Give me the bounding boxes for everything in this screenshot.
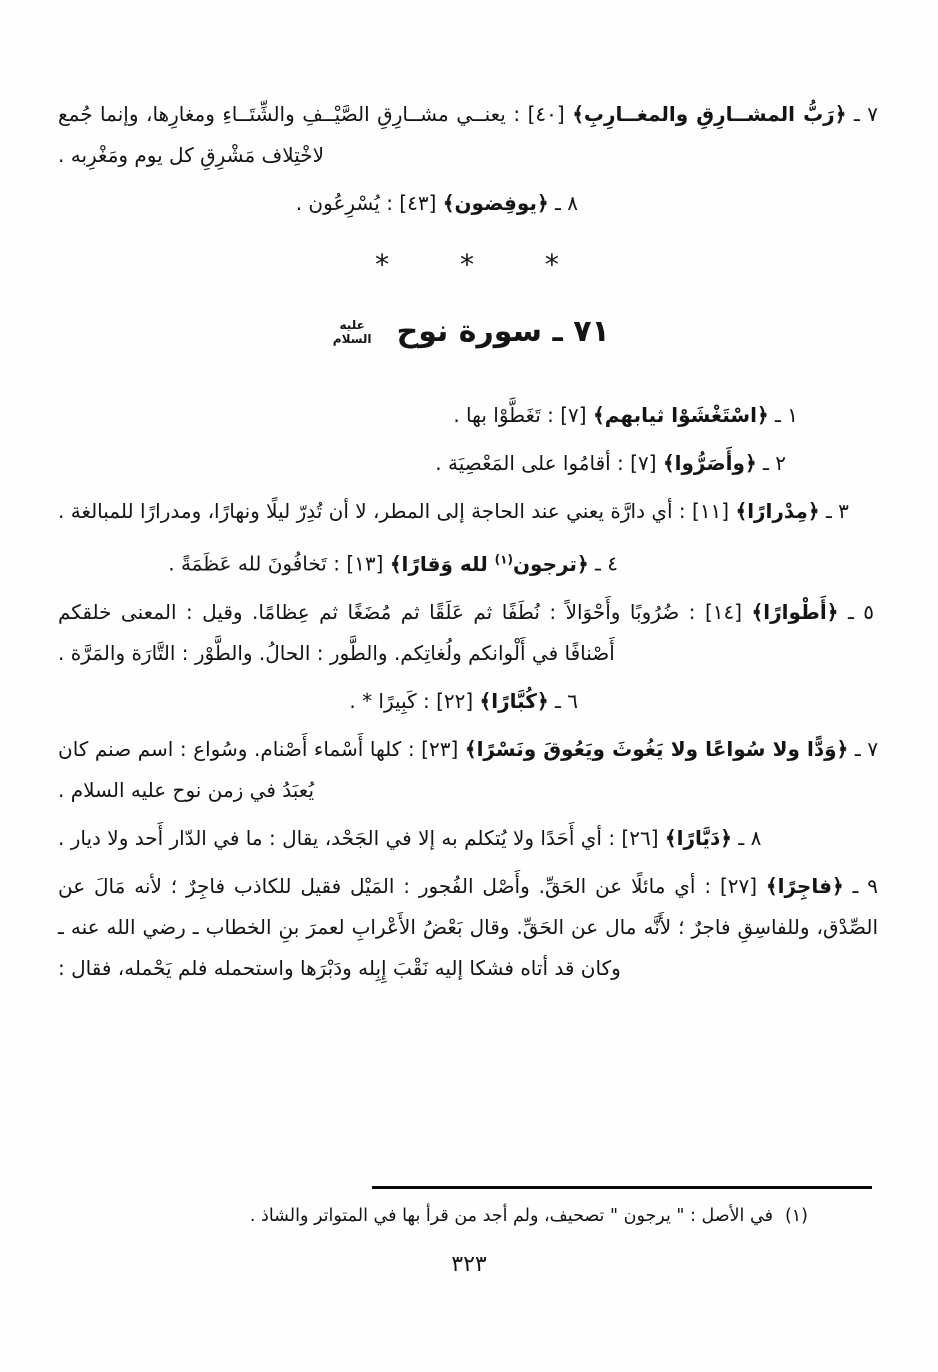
entry-dash: ـ [555, 689, 561, 713]
verse-number: [٢٧] [720, 874, 757, 898]
entry-gloss: : تَخافُونَ لله عَظَمَةً . [168, 552, 340, 576]
page-number-value: ٣٢٣ [451, 1252, 486, 1277]
glossary-entry: ٥ ـ ﴿أَطْوارًا﴾ [١٤] : ضُرُوبًا وأَحْوَا… [58, 592, 878, 674]
entry-dash: ـ [595, 552, 601, 576]
verse-number: [٧] [630, 451, 656, 475]
entry-dash: ـ [848, 600, 854, 624]
entry-number: ٨ [567, 191, 578, 215]
entry-number: ٨ [751, 826, 762, 850]
entry-gloss: : ضُرُوبًا وأَحْوَالاً : نُطَفًا ثم عَلَ… [58, 600, 695, 665]
entry-dash: ـ [775, 403, 781, 427]
footnote-area: (١)في الأصل : " يرجون " تصحيف، ولم أجد م… [60, 1186, 880, 1231]
entry-gloss: : أي أَحَدًا ولا يُتكلم به إلا في الجَحْ… [58, 826, 615, 850]
alayhis-salam-calligraphy: عليه السلام [326, 319, 378, 346]
surah-title: سورة نوح [397, 314, 542, 349]
quran-lemma: ﴿وَدًّا ولا سُواعًا ولا يَغُوثَ ويَعُوقَ… [465, 737, 848, 761]
glossary-entry: ١ ـ ﴿اسْتَغْشَوْا ثيابهم﴾ [٧] : تَغَطَّو… [58, 395, 878, 436]
verse-number: [١١] [692, 499, 729, 523]
glossary-entry: ٨ ـ ﴿يوفِضون﴾ [٤٣] : يُسْرِعُون . [58, 183, 878, 224]
footnote-reference-marker: (١) [495, 552, 513, 566]
page-number: ٣٢٣ [0, 1252, 938, 1277]
entry-number: ٧ [867, 737, 878, 761]
glossary-entry: ٢ ـ ﴿وأَصَرُّوا﴾ [٧] : أقامُوا على المَع… [58, 443, 878, 484]
entry-dash: ـ [763, 451, 769, 475]
entry-dash: ـ [826, 499, 832, 523]
quran-lemma: ﴿دَيَّارًا﴾ [665, 826, 732, 850]
entry-dash: ـ [855, 737, 861, 761]
lemma-text: لله وَقارًا﴾ [390, 552, 488, 576]
verse-number: [٤٣] [399, 191, 436, 215]
entry-gloss: : أي دارَّة يعني عند الحاجة إلى المطر، ل… [58, 499, 686, 523]
entry-number: ٢ [775, 451, 786, 475]
heading-dash: ـ [553, 314, 563, 349]
quran-lemma: ﴿مِدْرارًا﴾ [735, 499, 819, 523]
verse-number: [٢٦] [621, 826, 658, 850]
entry-dash: ـ [555, 191, 561, 215]
quran-lemma: ﴿وأَصَرُّوا﴾ [663, 451, 757, 475]
quran-lemma: ﴿فاجِرًا﴾ [766, 874, 844, 898]
entry-gloss: : كلها أَسْماء أَصْنام. وسُواع : اسم صنم… [58, 737, 415, 802]
surah-heading: ٧١ ـ سورة نوح عليه السلام [58, 312, 878, 351]
glossary-entry: ٤ ـ ﴿ترجون(١) لله وَقارًا﴾ [١٣] : تَخافُ… [58, 539, 878, 585]
verse-number: [٧] [560, 403, 586, 427]
entry-gloss: : تَغَطَّوْا بها . [453, 403, 554, 427]
entry-gloss: : يعنــي مشــارِقِ الصَّيْــفِ والشِّتَـ… [58, 102, 520, 167]
previous-surah-tail-section: ٧ ـ ﴿رَبُّ المشــارِقِ والمغــارِبِ﴾ [٤٠… [58, 94, 878, 280]
glossary-entry: ٧ ـ ﴿وَدًّا ولا سُواعًا ولا يَغُوثَ ويَع… [58, 729, 878, 811]
entry-number: ١ [787, 403, 798, 427]
verse-number: [٤٠] [528, 102, 565, 126]
footnote-rule [372, 1186, 872, 1189]
entry-number: ٤ [607, 552, 618, 576]
lemma-text: ﴿ترجون [513, 552, 589, 576]
verse-number: [١٤] [705, 600, 742, 624]
entry-dash: ـ [854, 102, 860, 126]
entry-dash: ـ [738, 826, 744, 850]
entry-number: ٥ [863, 600, 874, 624]
glossary-entry: ٦ ـ ﴿كُبَّارًا﴾ [٢٢] : كَبِيرًا * . [58, 681, 878, 722]
glossary-entry: ٨ ـ ﴿دَيَّارًا﴾ [٢٦] : أي أَحَدًا ولا يُ… [58, 818, 878, 859]
footnote-marker: (١) [785, 1206, 808, 1226]
entry-number: ٩ [867, 874, 878, 898]
quran-lemma: ﴿ترجون(١) لله وَقارًا﴾ [390, 552, 589, 576]
quran-lemma: ﴿رَبُّ المشــارِقِ والمغــارِبِ﴾ [572, 102, 846, 126]
section-separator: * * * [58, 240, 878, 280]
glossary-entry: ٩ ـ ﴿فاجِرًا﴾ [٢٧] : أي مائلًا عن الحَقِ… [58, 866, 878, 989]
entry-gloss: : كَبِيرًا * . [349, 689, 429, 713]
footnote: (١)في الأصل : " يرجون " تصحيف، ولم أجد م… [60, 1201, 880, 1231]
verse-number: [٢٢] [436, 689, 473, 713]
surah-number: ٧١ [573, 314, 610, 349]
quran-lemma: ﴿أَطْوارًا﴾ [752, 600, 839, 624]
quran-lemma: ﴿اسْتَغْشَوْا ثيابهم﴾ [593, 403, 769, 427]
footnote-text: في الأصل : " يرجون " تصحيف، ولم أجد من ق… [250, 1206, 773, 1226]
separator-stars: * * * [375, 245, 561, 285]
surah-glossary-section: ١ ـ ﴿اسْتَغْشَوْا ثيابهم﴾ [٧] : تَغَطَّو… [58, 395, 878, 989]
entry-number: ٧ [867, 102, 878, 126]
entry-gloss: : يُسْرِعُون . [296, 191, 393, 215]
verse-number: [٢٣] [421, 737, 458, 761]
entry-number: ٦ [567, 689, 578, 713]
book-page: ٧ ـ ﴿رَبُّ المشــارِقِ والمغــارِبِ﴾ [٤٠… [0, 0, 938, 1372]
entry-gloss: : أقامُوا على المَعْصِيَة . [435, 451, 624, 475]
glossary-entry: ٧ ـ ﴿رَبُّ المشــارِقِ والمغــارِبِ﴾ [٤٠… [58, 94, 878, 176]
glossary-entry: ٣ ـ ﴿مِدْرارًا﴾ [١١] : أي دارَّة يعني عن… [58, 491, 878, 532]
quran-lemma: ﴿يوفِضون﴾ [443, 191, 549, 215]
entry-number: ٣ [838, 499, 849, 523]
entry-dash: ـ [853, 874, 859, 898]
verse-number: [١٣] [346, 552, 383, 576]
quran-lemma: ﴿كُبَّارًا﴾ [480, 689, 549, 713]
